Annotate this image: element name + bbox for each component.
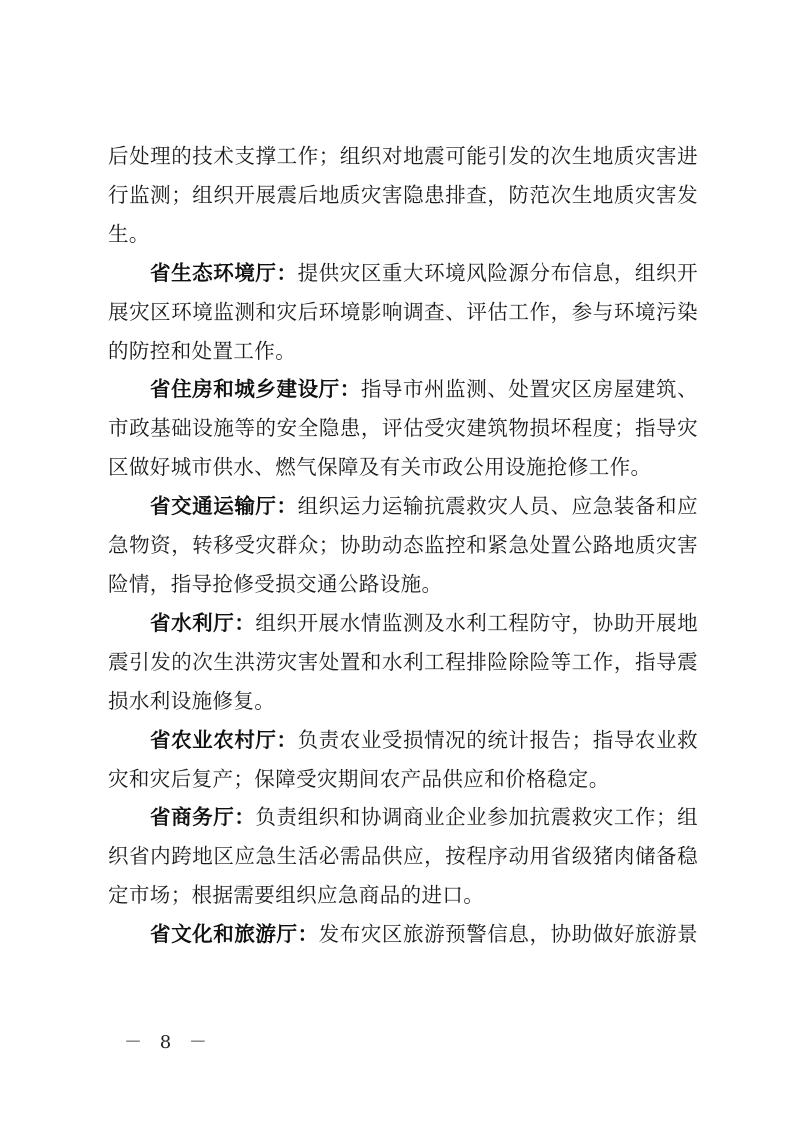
text-line: 急物资，转移受灾群众；协助动态监控和紧急处置公路地质灾害: [108, 526, 698, 565]
text-line: 的防控和处置工作。: [108, 332, 698, 371]
text-line: 区做好城市供水、燃气保障及有关市政公用设施抢修工作。: [108, 448, 698, 487]
text-line: 省农业农村厅：负责农业受损情况的统计报告；指导农业救: [108, 721, 698, 760]
text-line: 后处理的技术支撑工作；组织对地震可能引发的次生地质灾害进: [108, 137, 698, 176]
paragraph-transportation: 省交通运输厅：组织运力运输抗震救灾人员、应急装备和应 急物资，转移受灾群众；协助…: [108, 487, 698, 604]
text-segment: 发布灾区旅游预警信息，协助做好旅游景: [319, 922, 698, 946]
text-line: 行监测；组织开展震后地质灾害隐患排查，防范次生地质灾害发: [108, 176, 698, 215]
text-segment: 提供灾区重大环境风险源分布信息，组织开: [298, 261, 698, 285]
paragraph-ecology-environment: 省生态环境厅：提供灾区重大环境风险源分布信息，组织开 展灾区环境监测和灾后环境影…: [108, 254, 698, 371]
paragraph-housing-construction: 省住房和城乡建设厅：指导市州监测、处置灾区房屋建筑、 市政基础设施等的安全隐患，…: [108, 370, 698, 487]
paragraph-water-resources: 省水利厅：组织开展水情监测及水利工程防守，协助开展地 震引发的次生洪涝灾害处置和…: [108, 604, 698, 721]
text-segment: 组织运力运输抗震救灾人员、应急装备和应: [298, 494, 698, 518]
text-line: 定市场；根据需要组织应急商品的进口。: [108, 876, 698, 915]
text-line: 省商务厅：负责组织和协调商业企业参加抗震救灾工作；组: [108, 798, 698, 837]
document-page: 后处理的技术支撑工作；组织对地震可能引发的次生地质灾害进 行监测；组织开展震后地…: [0, 0, 794, 1122]
text-line: 震引发的次生洪涝灾害处置和水利工程排险除险等工作，指导震: [108, 643, 698, 682]
text-line: 省住房和城乡建设厅：指导市州监测、处置灾区房屋建筑、: [108, 370, 698, 409]
text-line: 织省内跨地区应急生活必需品供应，按程序动用省级猪肉储备稳: [108, 837, 698, 876]
department-name: 省文化和旅游厅：: [150, 922, 319, 946]
document-body: 后处理的技术支撑工作；组织对地震可能引发的次生地质灾害进 行监测；组织开展震后地…: [108, 137, 698, 954]
page-number: － 8 －: [124, 1028, 213, 1054]
paragraph-culture-tourism: 省文化和旅游厅：发布灾区旅游预警信息，协助做好旅游景: [108, 915, 698, 954]
text-line: 灾和灾后复产；保障受灾期间农产品供应和价格稳定。: [108, 760, 698, 799]
text-line: 损水利设施修复。: [108, 682, 698, 721]
department-name: 省交通运输厅：: [150, 494, 298, 518]
paragraph-agriculture-rural: 省农业农村厅：负责农业受损情况的统计报告；指导农业救 灾和灾后复产；保障受灾期间…: [108, 721, 698, 799]
text-line: 省生态环境厅：提供灾区重大环境风险源分布信息，组织开: [108, 254, 698, 293]
text-line: 省交通运输厅：组织运力运输抗震救灾人员、应急装备和应: [108, 487, 698, 526]
department-name: 省商务厅：: [150, 805, 255, 829]
paragraph-continuation: 后处理的技术支撑工作；组织对地震可能引发的次生地质灾害进 行监测；组织开展震后地…: [108, 137, 698, 254]
department-name: 省住房和城乡建设厅：: [150, 377, 361, 401]
text-line: 生。: [108, 215, 698, 254]
text-segment: 指导市州监测、处置灾区房屋建筑、: [361, 377, 698, 401]
paragraph-commerce: 省商务厅：负责组织和协调商业企业参加抗震救灾工作；组 织省内跨地区应急生活必需品…: [108, 798, 698, 915]
department-name: 省农业农村厅：: [150, 728, 298, 752]
text-segment: 负责农业受损情况的统计报告；指导农业救: [298, 728, 698, 752]
text-segment: 组织开展水情监测及水利工程防守，协助开展地: [255, 611, 698, 635]
department-name: 省生态环境厅：: [150, 261, 298, 285]
text-line: 险情，指导抢修受损交通公路设施。: [108, 565, 698, 604]
text-segment: 负责组织和协调商业企业参加抗震救灾工作；组: [255, 805, 698, 829]
text-line: 展灾区环境监测和灾后环境影响调查、评估工作，参与环境污染: [108, 293, 698, 332]
text-line: 省文化和旅游厅：发布灾区旅游预警信息，协助做好旅游景: [108, 915, 698, 954]
text-line: 市政基础设施等的安全隐患，评估受灾建筑物损坏程度；指导灾: [108, 409, 698, 448]
text-line: 省水利厅：组织开展水情监测及水利工程防守，协助开展地: [108, 604, 698, 643]
department-name: 省水利厅：: [150, 611, 255, 635]
